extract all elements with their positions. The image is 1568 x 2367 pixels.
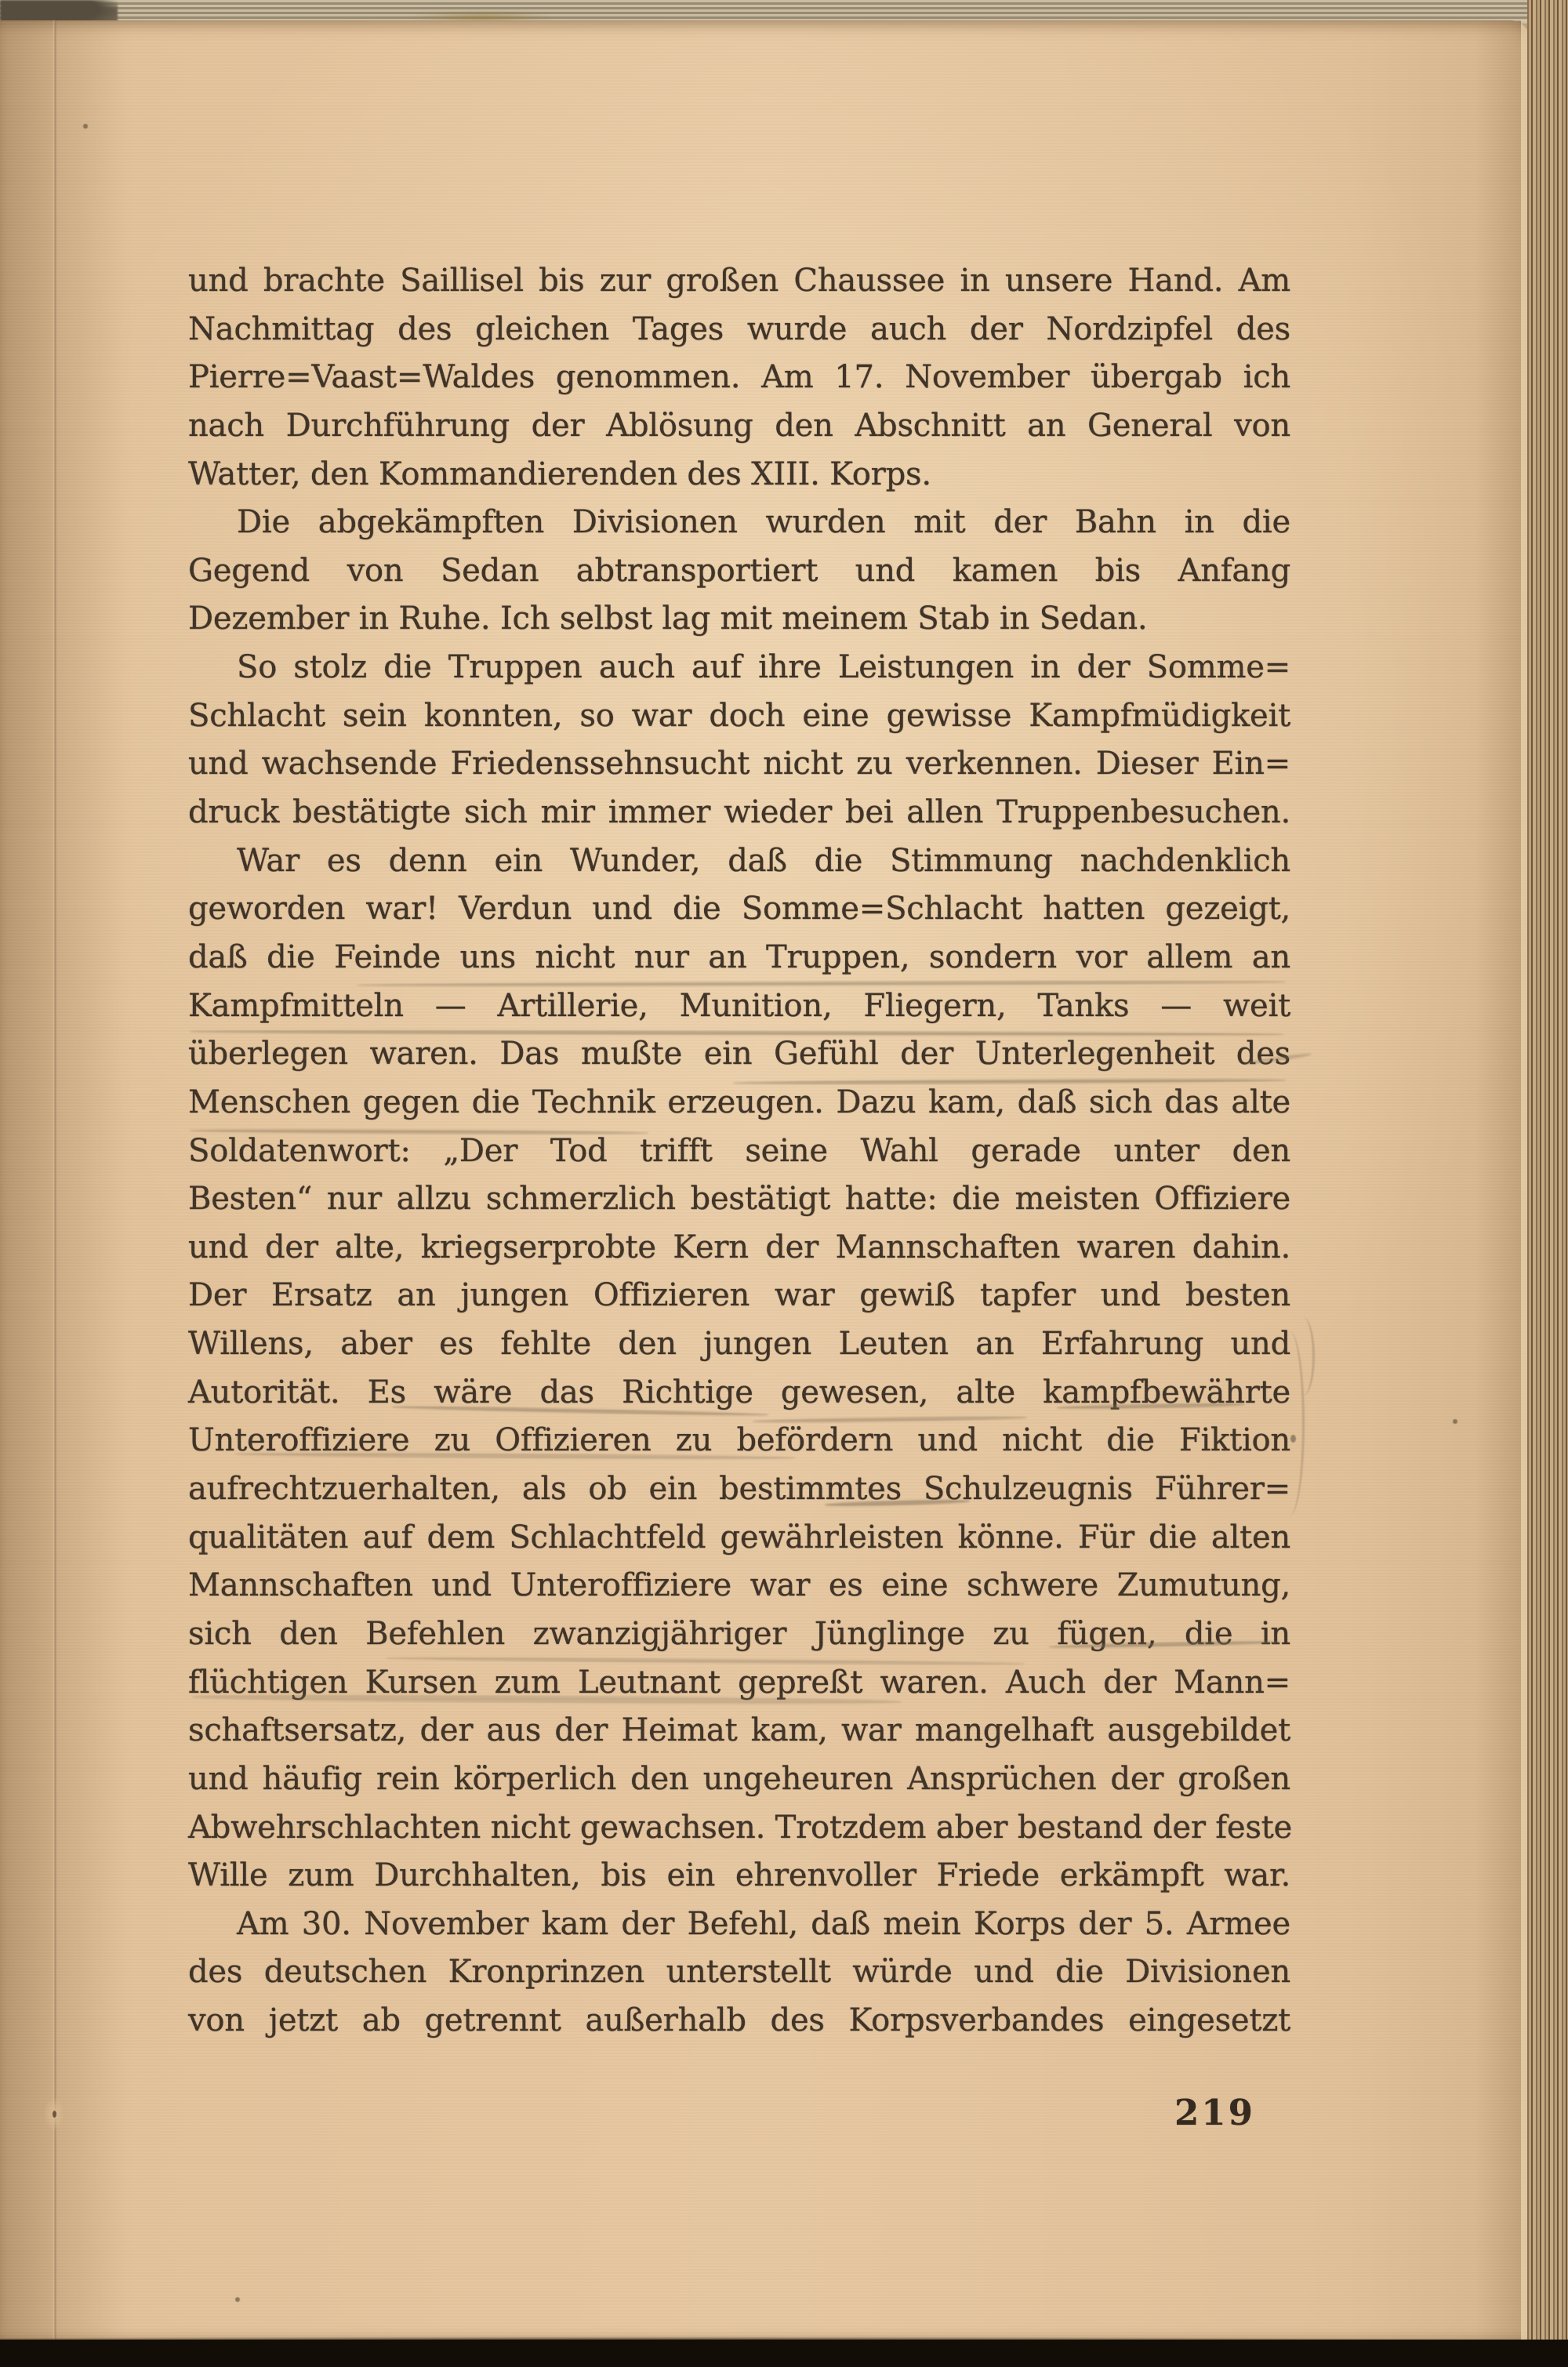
crease-pinhole (53, 2111, 56, 2118)
text-line: Unteroffiziere zu Offizieren zu beförder… (188, 1417, 1290, 1465)
text-line: Besten“ nur allzu schmerzlich bestätigt … (188, 1175, 1290, 1224)
pencil-underline (190, 1128, 648, 1134)
text-line: des deutschen Kronprinzen unterstellt wü… (188, 1948, 1290, 1997)
pencil-underline (1049, 1640, 1280, 1649)
fore-edge-pages (1527, 0, 1568, 2341)
text-line: geworden war! Verdun und die Somme=Schla… (188, 885, 1290, 934)
text-line: von jetzt ab getrennt außerhalb des Korp… (188, 1997, 1290, 2046)
pencil-margin-stroke (1290, 1331, 1305, 1516)
text-line: Menschen gegen die Technik erzeugen. Daz… (188, 1079, 1290, 1127)
pencil-underline (825, 1499, 970, 1508)
text-line: flüchtigen Kursen zum Leutnant gepreßt w… (188, 1659, 1290, 1708)
text-line: schaftsersatz, der aus der Heimat kam, w… (188, 1707, 1290, 1755)
pencil-underline (192, 1694, 902, 1705)
text-line: und häufig rein körperlich den ungeheure… (188, 1755, 1290, 1804)
text-line: daß die Feinde uns nicht nur an Truppen,… (188, 934, 1290, 982)
text-line: Schlacht sein konnten, so war doch eine … (188, 692, 1290, 741)
pencil-underline (1245, 1052, 1312, 1066)
paper-speck (235, 2297, 240, 2302)
page-crease (53, 20, 56, 2340)
pencil-underline (753, 1416, 1027, 1424)
gutter-shadow (0, 20, 133, 2340)
scan-bottom-background (0, 2340, 1568, 2367)
pencil-dot (1290, 1435, 1296, 1443)
pencil-underline (386, 1656, 1025, 1665)
crease-defect (44, 2097, 64, 2131)
text-line: aufrechtzuerhalten, als ob ein bestimmte… (188, 1465, 1290, 1514)
text-line: qualitäten auf dem Schlachtfeld gewährle… (188, 1514, 1290, 1563)
pencil-underline (1057, 1403, 1245, 1410)
text-line: Pierre=Vaast=Waldes genommen. Am 17. Nov… (188, 354, 1290, 402)
text-line: Am 30. November kam der Befehl, daß mein… (188, 1900, 1290, 1949)
text-line: Watter, den Kommandierenden des XIII. Ko… (188, 451, 1290, 499)
pencil-underline (357, 980, 1286, 987)
pencil-underline (190, 1029, 1283, 1036)
text-line: Gegend von Sedan abtransportiert und kam… (188, 547, 1290, 596)
text-line: Willens, aber es fehlte den jungen Leute… (188, 1320, 1290, 1369)
text-line: War es denn ein Wunder, daß die Stimmung… (188, 837, 1290, 886)
text-line: Die abgekämpften Divisionen wurden mit d… (188, 499, 1290, 547)
text-line: Autorität. Es wäre das Richtige gewesen,… (188, 1369, 1290, 1418)
pencil-underline (733, 1078, 1286, 1085)
text-line: Abwehrschlachten nicht gewachsen. Trotzd… (188, 1804, 1290, 1853)
text-line: Dezember in Ruhe. Ich selbst lag mit mei… (188, 595, 1290, 644)
paper-speck (1453, 1419, 1457, 1424)
text-line: Wille zum Durchhalten, bis ein ehrenvoll… (188, 1852, 1290, 1900)
pencil-underline (392, 1405, 768, 1417)
text-line: und der alte, kriegserprobte Kern der Ma… (188, 1224, 1290, 1272)
text-line: Nachmittag des gleichen Tages wurde auch… (188, 306, 1290, 354)
text-line: Kampfmitteln — Artillerie, Munition, Fli… (188, 982, 1290, 1031)
text-line: sich den Befehlen zwanzigjähriger Jüngli… (188, 1610, 1290, 1659)
text-line: und wachsende Friedenssehnsucht nicht zu… (188, 740, 1290, 789)
text-line: überlegen waren. Das mußte ein Gefühl de… (188, 1030, 1290, 1079)
body-text: und brachte Saillisel bis zur großen Cha… (188, 257, 1290, 2046)
pencil-margin-stroke (1303, 1317, 1315, 1396)
text-line: druck bestätigte sich mir immer wieder b… (188, 789, 1290, 837)
text-line: So stolz die Truppen auch auf ihre Leist… (188, 644, 1290, 692)
paper-speck (83, 124, 88, 129)
book-scan: und brachte Saillisel bis zur großen Cha… (0, 0, 1568, 2367)
text-line: Soldatenwort: „Der Tod trifft seine Wahl… (188, 1127, 1290, 1176)
text-line: und brachte Saillisel bis zur großen Cha… (188, 257, 1290, 306)
text-line: Der Ersatz an jungen Offizieren war gewi… (188, 1272, 1290, 1320)
pencil-underline (235, 1452, 796, 1461)
book-page: und brachte Saillisel bis zur großen Cha… (0, 20, 1530, 2340)
page-number: 219 (1174, 2092, 1269, 2133)
text-line: Mannschaften und Unteroffiziere war es e… (188, 1562, 1290, 1610)
text-line: nach Durchführung der Ablösung den Absch… (188, 402, 1290, 451)
